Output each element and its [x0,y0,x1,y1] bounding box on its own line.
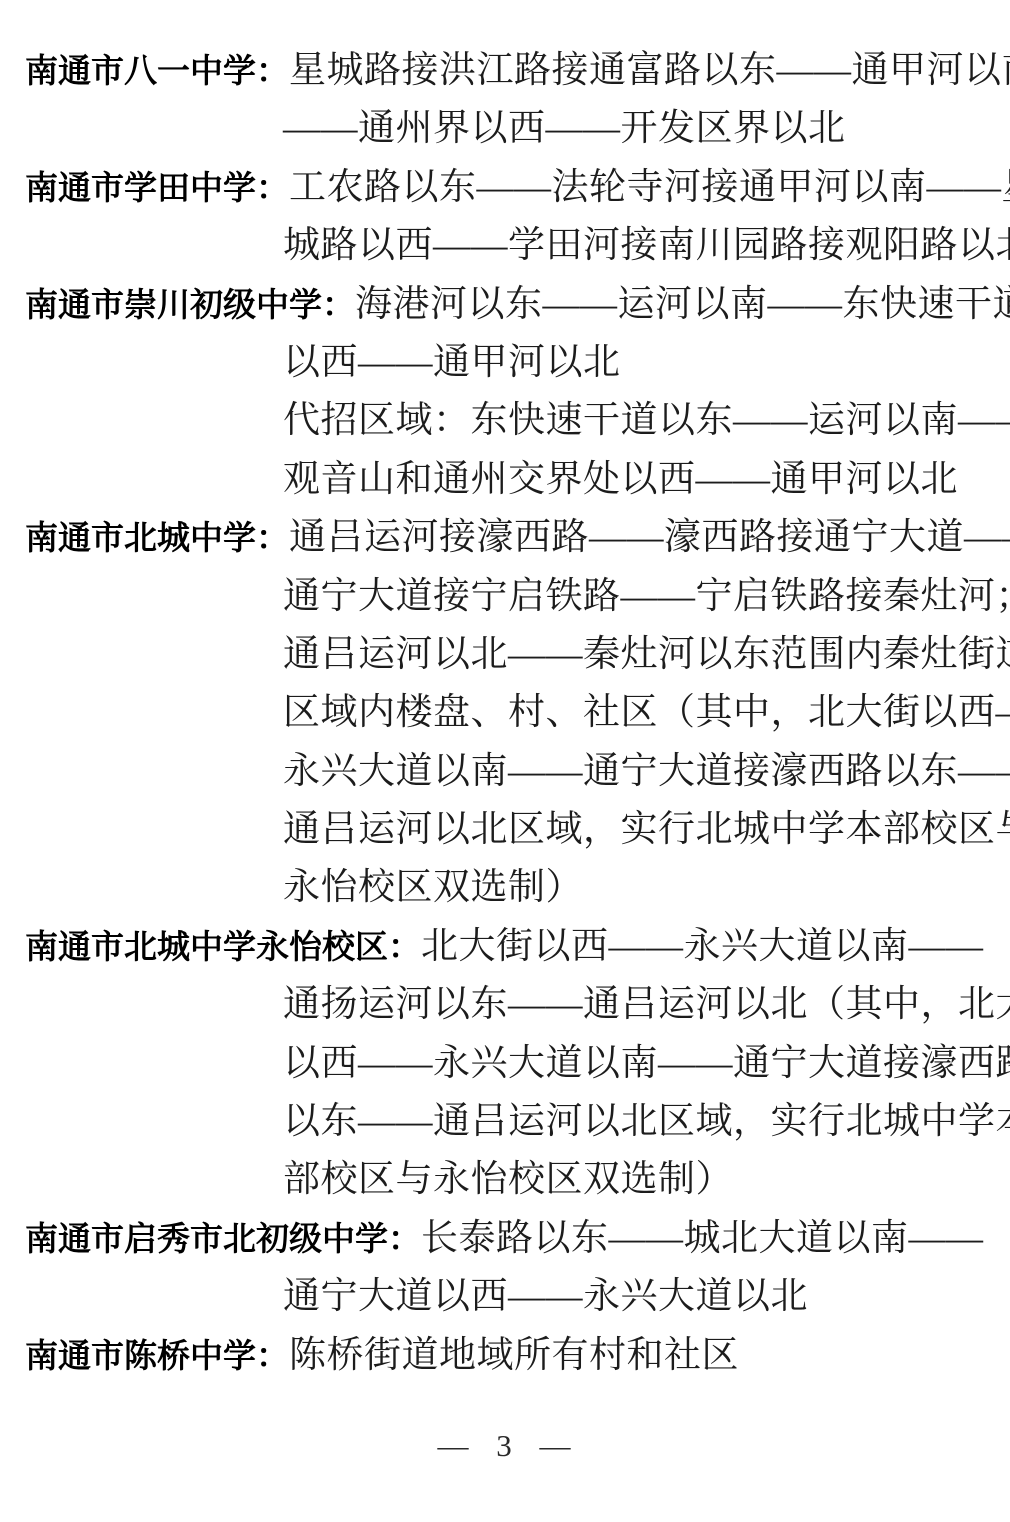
entry-first-line: 南通市北城中学永怡校区：北大街以西——永兴大道以南—— [25,918,990,976]
school-name: 南通市崇川初级中学： [25,288,355,324]
district-boundary-text: 通宁大道接宁启铁路——宁启铁路接秦灶河； [283,576,1010,617]
school-entry: 南通市学田中学：工农路以东——法轮寺河接通甲河以南——星 城路以西——学田河接南… [25,159,990,276]
district-boundary-text: 星城路接洪江路接通富路以东——通甲河以南 [289,50,1010,91]
district-list: 南通市八一中学：星城路接洪江路接通富路以东——通甲河以南 ——通州界以西——开发… [25,42,990,1385]
entry-first-line: 南通市学田中学：工农路以东——法轮寺河接通甲河以南——星 [25,159,990,217]
entry-continuation-line: 以西——通甲河以北 [25,334,990,392]
entry-continuation-line: 城路以西——学田河接南川园路接观阳路以北 [25,217,990,275]
district-boundary-text: 永兴大道以南——通宁大道接濠西路以东—— [283,751,1010,792]
entry-continuation-line: 区域内楼盘、村、社区（其中，北大街以西—— [25,684,990,742]
district-boundary-text: 通宁大道以西——永兴大道以北 [283,1276,808,1317]
district-boundary-text: 永怡校区双选制） [283,867,583,908]
school-entry: 南通市八一中学：星城路接洪江路接通富路以东——通甲河以南 ——通州界以西——开发… [25,42,990,159]
entry-continuation-line: 通宁大道接宁启铁路——宁启铁路接秦灶河； [25,568,990,626]
entry-continuation-line: 以东——通吕运河以北区域，实行北城中学本 [25,1093,990,1151]
page-number: — 3 — [438,1428,573,1463]
district-boundary-text: 陈桥街道地域所有村和社区 [289,1335,739,1376]
entry-first-line: 南通市八一中学：星城路接洪江路接通富路以东——通甲河以南 [25,42,990,100]
entry-first-line: 南通市启秀市北初级中学：长泰路以东——城北大道以南—— [25,1210,990,1268]
district-boundary-text: ——通州界以西——开发区界以北 [283,108,846,149]
entry-continuation-line: 代招区域：东快速干道以东——运河以南—— [25,392,990,450]
district-boundary-text: 通吕运河以北——秦灶河以东范围内秦灶街道 [283,634,1010,675]
district-boundary-text: 观音山和通州交界处以西——通甲河以北 [283,459,958,500]
school-entry: 南通市陈桥中学：陈桥街道地域所有村和社区 [25,1327,990,1385]
school-entry: 南通市北城中学：通吕运河接濠西路——濠西路接通宁大道—— 通宁大道接宁启铁路——… [25,509,990,918]
entry-first-line: 南通市北城中学：通吕运河接濠西路——濠西路接通宁大道—— [25,509,990,567]
entry-continuation-line: ——通州界以西——开发区界以北 [25,100,990,158]
district-boundary-text: 北大街以西——永兴大道以南—— [421,926,984,967]
entry-continuation-line: 部校区与永怡校区双选制） [25,1151,990,1209]
district-boundary-text: 以西——永兴大道以南——通宁大道接濠西路 [283,1043,1010,1084]
district-boundary-text: 通扬运河以东——通吕运河以北（其中，北大街 [283,984,1010,1025]
entry-first-line: 南通市崇川初级中学：海港河以东——运河以南——东快速干道 [25,276,990,334]
entry-continuation-line: 通宁大道以西——永兴大道以北 [25,1268,990,1326]
school-name: 南通市八一中学： [25,54,289,90]
district-boundary-text: 长泰路以东——城北大道以南—— [421,1218,984,1259]
entry-first-line: 南通市陈桥中学：陈桥街道地域所有村和社区 [25,1327,990,1385]
school-entry: 南通市启秀市北初级中学：长泰路以东——城北大道以南—— 通宁大道以西——永兴大道… [25,1210,990,1327]
district-boundary-text: 通吕运河以北区域，实行北城中学本部校区与 [283,809,1010,850]
school-name: 南通市学田中学： [25,171,289,207]
entry-continuation-line: 以西——永兴大道以南——通宁大道接濠西路 [25,1035,990,1093]
school-name: 南通市北城中学永怡校区： [25,930,421,966]
entry-continuation-line: 观音山和通州交界处以西——通甲河以北 [25,451,990,509]
entry-continuation-line: 通吕运河以北——秦灶河以东范围内秦灶街道 [25,626,990,684]
entry-continuation-line: 永怡校区双选制） [25,859,990,917]
school-entry: 南通市崇川初级中学：海港河以东——运河以南——东快速干道 以西——通甲河以北 代… [25,276,990,510]
entry-continuation-line: 永兴大道以南——通宁大道接濠西路以东—— [25,743,990,801]
district-boundary-text: 海港河以东——运河以南——东快速干道 [355,284,1010,325]
district-boundary-text: 以东——通吕运河以北区域，实行北城中学本 [283,1101,1010,1142]
school-name: 南通市北城中学： [25,521,289,557]
district-boundary-text: 工农路以东——法轮寺河接通甲河以南——星 [289,167,1010,208]
document-page: 南通市八一中学：星城路接洪江路接通富路以东——通甲河以南 ——通州界以西——开发… [0,0,1010,1522]
page-footer: — 3 — [0,1428,1010,1464]
district-boundary-text: 区域内楼盘、村、社区（其中，北大街以西—— [283,692,1010,733]
entry-continuation-line: 通扬运河以东——通吕运河以北（其中，北大街 [25,976,990,1034]
school-name: 南通市陈桥中学： [25,1339,289,1375]
entry-continuation-line: 通吕运河以北区域，实行北城中学本部校区与 [25,801,990,859]
district-boundary-text: 以西——通甲河以北 [283,342,621,383]
district-boundary-text: 代招区域：东快速干道以东——运河以南—— [283,400,1010,441]
school-name: 南通市启秀市北初级中学： [25,1222,421,1258]
district-boundary-text: 部校区与永怡校区双选制） [283,1159,733,1200]
school-entry: 南通市北城中学永怡校区：北大街以西——永兴大道以南—— 通扬运河以东——通吕运河… [25,918,990,1210]
district-boundary-text: 通吕运河接濠西路——濠西路接通宁大道—— [289,517,1010,558]
district-boundary-text: 城路以西——学田河接南川园路接观阳路以北 [283,225,1010,266]
